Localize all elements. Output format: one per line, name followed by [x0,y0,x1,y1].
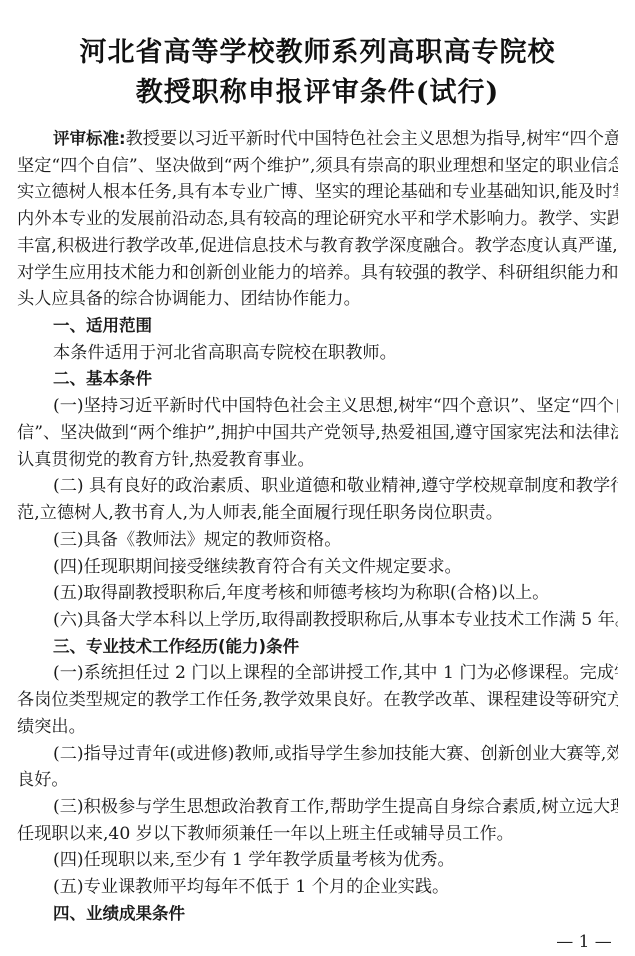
text-line: (三)积极参与学生思想政治教育工作,帮助学生提高自身综合素质,树立远大理想。 [17,794,618,821]
text-line: 丰富,积极进行教学改革,促进信息技术与教育教学深度融合。教学态度认真严谨,注重 [17,233,618,260]
document-title-line-1: 河北省高等学校教师系列高职高专院校 [0,30,635,69]
text-line: 绩突出。 [17,714,618,741]
text-line: 各岗位类型规定的教学工作任务,教学效果良好。在教学改革、课程建设等研究方面成 [17,687,618,714]
text-line: 实立德树人根本任务,具有本专业广博、坚实的理论基础和专业基础知识,能及时掌握国 [17,179,618,206]
text-line: 评审标准:教授要以习近平新时代中国特色社会主义思想为指导,树牢“四个意识”、 [17,126,618,153]
text-segment: 教授要以习近平新时代中国特色社会主义思想为指导,树牢“四个意识”、 [126,129,618,149]
text-line: (二)指导过青年(或进修)教师,或指导学生参加技能大赛、创新创业大赛等,效果 [17,741,618,768]
text-line: (一)系统担任过 2 门以上课程的全部讲授工作,其中 1 门为必修课程。完成学校 [17,660,618,687]
text-line: (三)具备《教师法》规定的教师资格。 [17,527,618,554]
text-line: 范,立德树人,教书育人,为人师表,能全面履行现任职务岗位职责。 [17,500,618,527]
text-line: 本条件适用于河北省高职高专院校在职教师。 [17,340,618,367]
section-heading: 一、适用范围 [17,313,618,340]
text-line: 内外本专业的发展前沿动态,具有较高的理论研究水平和学术影响力。教学、实践经验 [17,206,618,233]
page-number: — 1 — [553,932,615,952]
text-line: (六)具备大学本科以上学历,取得副教授职称后,从事本专业技术工作满 5 年。 [17,607,618,634]
text-line: 任现职以来,40 岁以下教师须兼任一年以上班主任或辅导员工作。 [17,821,618,848]
text-line: (五)取得副教授职称后,年度考核和师德考核均为称职(合格)以上。 [17,580,618,607]
document-body: 评审标准:教授要以习近平新时代中国特色社会主义思想为指导,树牢“四个意识”、 坚… [17,126,618,928]
text-line: (五)专业课教师平均每年不低于 1 个月的企业实践。 [17,874,618,901]
text-line: 认真贯彻党的教育方针,热爱教育事业。 [17,447,618,474]
text-line: (四)任现职以来,至少有 1 学年教学质量考核为优秀。 [17,847,618,874]
standard-paragraph: 评审标准:教授要以习近平新时代中国特色社会主义思想为指导,树牢“四个意识”、 坚… [17,126,618,313]
document-title-line-2: 教授职称申报评审条件(试行) [0,70,635,109]
section-heading: 四、业绩成果条件 [17,901,618,928]
text-line: 良好。 [17,767,618,794]
text-line: (一)坚持习近平新时代中国特色社会主义思想,树牢“四个意识”、坚定“四个自 [17,393,618,420]
text-line: (二) 具有良好的政治素质、职业道德和敬业精神,遵守学校规章制度和教学行为规 [17,473,618,500]
section-heading: 二、基本条件 [17,366,618,393]
section-heading: 三、专业技术工作经历(能力)条件 [17,634,618,661]
text-line: 坚定“四个自信”、坚决做到“两个维护”,须具有崇高的职业理想和坚定的职业信念,落 [17,153,618,180]
text-line: 对学生应用技术能力和创新创业能力的培养。具有较强的教学、科研组织能力和专业带 [17,260,618,287]
text-line: 信”、坚决做到“两个维护”,拥护中国共产党领导,热爱祖国,遵守国家宪法和法律法规… [17,420,618,447]
text-line: (四)任现职期间接受继续教育符合有关文件规定要求。 [17,554,618,581]
standard-lead: 评审标准: [53,129,126,148]
text-line: 头人应具备的综合协调能力、团结协作能力。 [17,286,618,313]
